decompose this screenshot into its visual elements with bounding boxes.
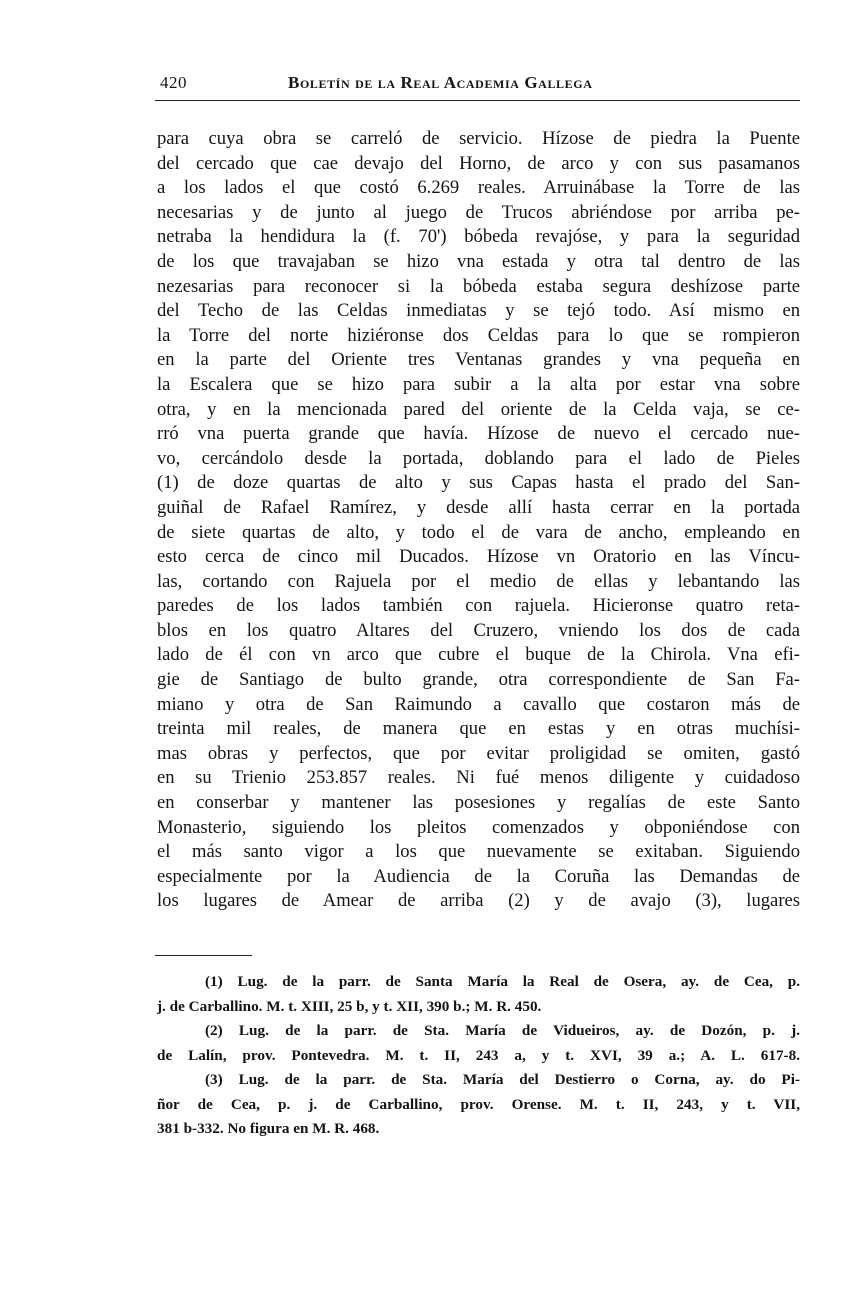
body-line: especialmente por la Audiencia de la Cor… [157,865,800,890]
body-line: rró vna puerta grande que havía. Hízose … [157,422,800,447]
body-line: de los que travajaban se hizo vna estada… [157,250,800,275]
body-line: la Escalera que se hizo para subir a la … [157,373,800,398]
body-line: vo, cercándolo desde la portada, dobland… [157,447,800,472]
footnote-3-line: ñor de Cea, p. j. de Carballino, prov. O… [157,1093,800,1118]
body-line: lado de él con vn arco que cubre el buqu… [157,643,800,668]
running-title: Boletín de la Real Academia Gallega [288,73,592,93]
body-line: esto cerca de cinco mil Ducados. Hízose … [157,545,800,570]
body-line: las, cortando con Rajuela por el medio d… [157,570,800,595]
footnote-2-line: de Lalín, prov. Pontevedra. M. t. II, 24… [157,1044,800,1069]
body-line: treinta mil reales, de manera que en est… [157,717,800,742]
body-line: (1) de doze quartas de alto y sus Capas … [157,471,800,496]
body-line: necesarias y de junto al juego de Trucos… [157,201,800,226]
body-line: otra, y en la mencionada pared del orien… [157,398,800,423]
body-line: paredes de los lados también con rajuela… [157,594,800,619]
page-header: 420 Boletín de la Real Academia Gallega [160,73,800,97]
body-line: guiñal de Rafael Ramírez, y desde allí h… [157,496,800,521]
footnote-1-line: j. de Carballino. M. t. XIII, 25 b, y t.… [157,995,800,1020]
footnote-rule [155,955,252,956]
body-line: mas obras y perfectos, que por evitar pr… [157,742,800,767]
body-line: a los lados el que costó 6.269 reales. A… [157,176,800,201]
body-line: de siete quartas de alto, y todo el de v… [157,521,800,546]
body-line: gie de Santiago de bulto grande, otra co… [157,668,800,693]
body-line: blos en los quatro Altares del Cruzero, … [157,619,800,644]
body-text: para cuya obra se carreló de servicio. H… [157,127,800,914]
footnote-3-line: (3) Lug. de la parr. de Sta. María del D… [157,1068,800,1093]
body-line: Monasterio, siguiendo los pleitos comenz… [157,816,800,841]
body-line: del Techo de las Celdas inmediatas y se … [157,299,800,324]
body-line: nezesarias para reconocer si la bóbeda e… [157,275,800,300]
body-line: netraba la hendidura la (f. 70') bóbeda … [157,225,800,250]
footnote-3-line: 381 b-332. No figura en M. R. 468. [157,1117,800,1142]
body-line: en conserbar y mantener las posesiones y… [157,791,800,816]
body-line: del cercado que cae devajo del Horno, de… [157,152,800,177]
body-line: en la parte del Oriente tres Ventanas gr… [157,348,800,373]
footnote-1-line: (1) Lug. de la parr. de Santa María la R… [157,970,800,995]
body-line: el más santo vigor a los que nuevamente … [157,840,800,865]
footnotes: (1) Lug. de la parr. de Santa María la R… [157,970,800,1142]
page-number: 420 [160,73,187,93]
body-line: para cuya obra se carreló de servicio. H… [157,127,800,152]
document-page: 420 Boletín de la Real Academia Gallega … [0,0,850,1292]
body-line: la Torre del norte hiziéronse dos Celdas… [157,324,800,349]
body-line: los lugares de Amear de arriba (2) y de … [157,889,800,914]
header-rule [155,100,800,101]
body-line: miano y otra de San Raimundo a cavallo q… [157,693,800,718]
footnote-2-line: (2) Lug. de la parr. de Sta. María de Vi… [157,1019,800,1044]
body-line: en su Trienio 253.857 reales. Ni fué men… [157,766,800,791]
